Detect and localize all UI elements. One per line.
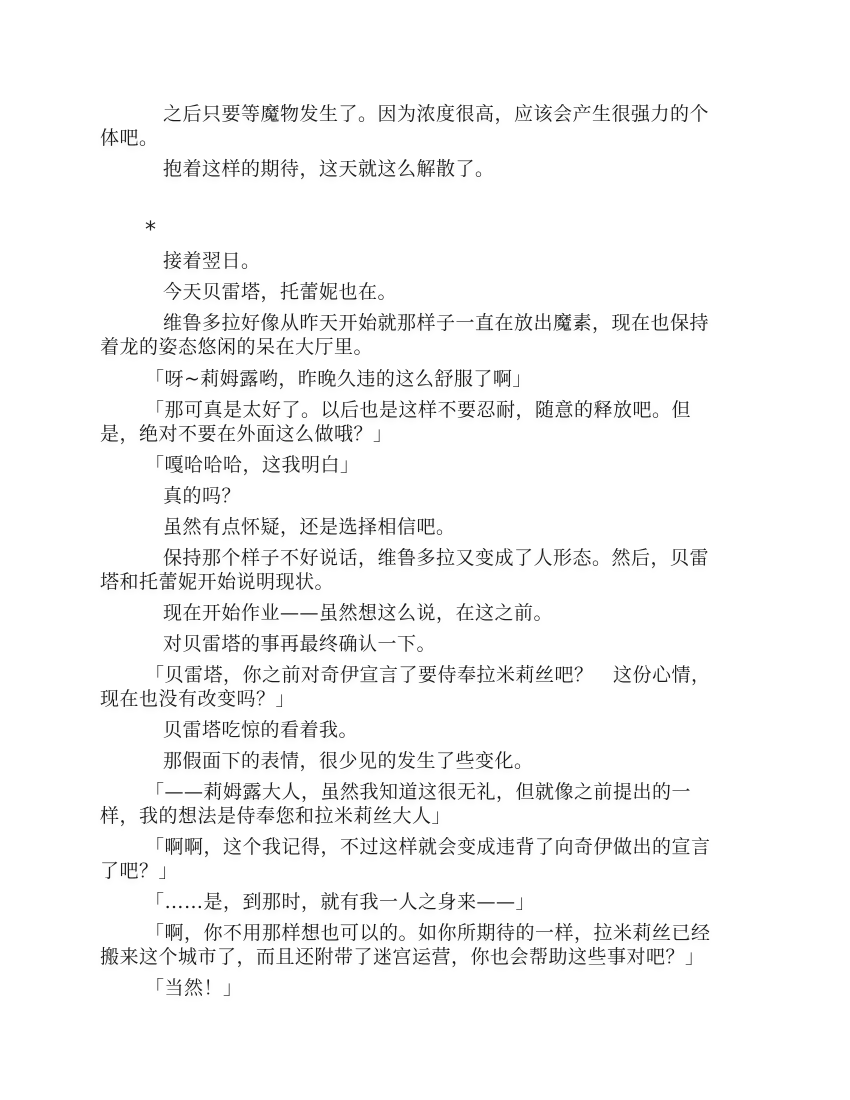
dialogue-line: 现在也没有改变吗？」 [100,688,295,710]
dialogue-line: 搬来这个城市了，而且还附带了迷宫运营，你也会帮助这些事对吧？」 [100,946,705,968]
dialogue-line: 「啊啊，这个我记得，不过这样就会变成违背了向奇伊做出的宣言 [145,836,711,858]
paragraph-line: 那假面下的表情，很少见的发生了些变化。 [163,750,534,772]
dialogue-line: 「……是，到那时，就有我一人之身来——」 [145,891,535,913]
paragraph-line: 维鲁多拉好像从昨天开始就那样子一直在放出魔素，现在也保持 [163,312,709,334]
paragraph-line: 接着翌日。 [163,250,261,272]
section-separator: * [145,218,156,243]
paragraph-line: 今天贝雷塔，托蕾妮也在。 [163,281,397,303]
dialogue-line: 「当然！」 [145,977,243,999]
paragraph-line: 贝雷塔吃惊的看着我。 [163,719,358,741]
paragraph-line: 对贝雷塔的事再最终确认一下。 [163,633,436,655]
paragraph-line: 真的吗？ [163,485,241,507]
paragraph-line: 现在开始作业——虽然想这么说，在这之前。 [163,602,553,624]
dialogue-line: 「嘎哈哈哈，这我明白」 [145,454,360,476]
dialogue-line: 「——莉姆露大人，虽然我知道这很无礼，但就像之前提出的一 [145,781,691,803]
dialogue-line: 「啊，你不用那样想也可以的。如你所期待的一样，拉米莉丝已经 [145,922,711,944]
paragraph-line: 抱着这样的期待，这天就这么解散了。 [163,158,495,180]
paragraph-line: 体吧。 [100,127,159,149]
paragraph-line: 塔和托蕾妮开始说明现状。 [100,571,334,593]
dialogue-line: 是，绝对不要在外面这么做哦？」 [100,423,393,445]
dialogue-line: 「呀~莉姆露哟，昨晚久违的这么舒服了啊」 [145,368,532,390]
dialogue-line: 样，我的想法是侍奉您和拉米莉丝大人」 [100,805,451,827]
paragraph-line: 之后只要等魔物发生了。因为浓度很高，应该会产生很强力的个 [163,103,709,125]
dialogue-line: 「那可真是太好了。以后也是这样不要忍耐，随意的释放吧。但 [145,399,691,421]
paragraph-line: 着龙的姿态悠闲的呆在大厅里。 [100,336,373,358]
paragraph-line: 虽然有点怀疑，还是选择相信吧。 [163,516,456,538]
paragraph-line: 保持那个样子不好说话，维鲁多拉又变成了人形态。然后，贝雷 [163,547,709,569]
dialogue-line: 「贝雷塔，你之前对奇伊宣言了要侍奉拉米莉丝吧？ 这份心情， [145,664,711,686]
document-page: 之后只要等魔物发生了。因为浓度很高，应该会产生很强力的个 体吧。 抱着这样的期待… [0,0,850,1100]
dialogue-line: 了吧？」 [100,860,178,882]
